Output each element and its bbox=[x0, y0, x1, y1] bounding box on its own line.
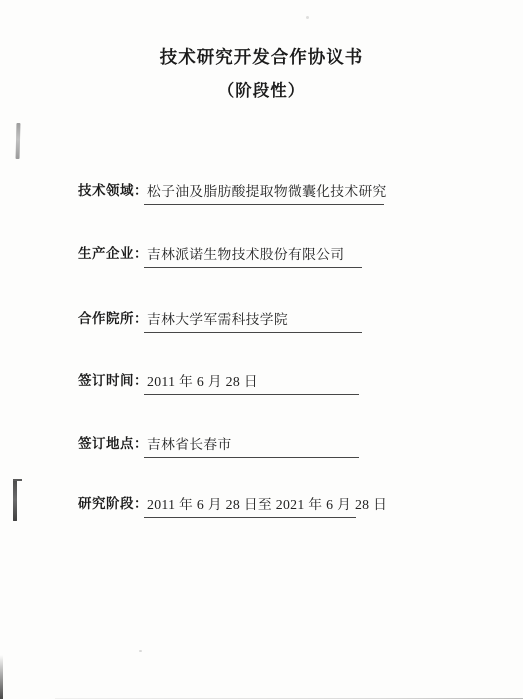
document-title: 技术研究开发合作协议书 bbox=[0, 44, 523, 69]
scanned-agreement-page: 技术研究开发合作协议书 （阶段性） 技术领域：松子油及脂肪酸提取物微囊化技术研究… bbox=[0, 0, 523, 699]
field-row-signing-date: 签订时间：2011 年 6 月 28 日 bbox=[78, 373, 258, 403]
field-underline bbox=[144, 457, 359, 458]
field-underline bbox=[144, 204, 384, 205]
field-value: 松子油及脂肪酸提取物微囊化技术研究 bbox=[144, 184, 387, 200]
field-row-technology-domain: 技术领域：松子油及脂肪酸提取物微囊化技术研究 bbox=[78, 183, 387, 213]
field-row-production-company: 生产企业：吉林派诺生物技术股份有限公司 bbox=[78, 246, 344, 276]
staple-mark-icon bbox=[13, 479, 17, 521]
field-label: 签订地点： bbox=[78, 436, 144, 452]
staple-mark-icon bbox=[16, 123, 21, 159]
field-value: 吉林省长春市 bbox=[144, 437, 232, 453]
scan-speck bbox=[139, 650, 142, 652]
field-label: 签订时间： bbox=[78, 373, 144, 389]
field-value: 吉林派诺生物技术股份有限公司 bbox=[144, 247, 344, 263]
field-underline bbox=[144, 332, 362, 333]
field-value-wrap: 松子油及脂肪酸提取物微囊化技术研究 bbox=[144, 183, 387, 201]
field-value-wrap: 2011 年 6 月 28 日至 2021 年 6 月 28 日 bbox=[144, 496, 387, 514]
field-label: 技术领域： bbox=[78, 183, 144, 199]
field-row-cooperating-institute: 合作院所：吉林大学军需科技学院 bbox=[78, 311, 288, 341]
field-row-signing-place: 签订地点：吉林省长春市 bbox=[78, 436, 232, 466]
field-label: 研究阶段： bbox=[78, 496, 144, 512]
scan-edge-shadow bbox=[0, 655, 3, 699]
field-row-research-phase: 研究阶段：2011 年 6 月 28 日至 2021 年 6 月 28 日 bbox=[78, 496, 387, 526]
field-underline bbox=[144, 267, 362, 268]
document-subtitle: （阶段性） bbox=[0, 77, 523, 101]
field-value: 2011 年 6 月 28 日 bbox=[144, 374, 258, 390]
field-label: 合作院所： bbox=[78, 311, 144, 327]
field-value-wrap: 2011 年 6 月 28 日 bbox=[144, 373, 258, 391]
field-value: 2011 年 6 月 28 日至 2021 年 6 月 28 日 bbox=[144, 497, 387, 513]
field-value-wrap: 吉林省长春市 bbox=[144, 436, 232, 454]
field-underline bbox=[144, 517, 356, 518]
field-value-wrap: 吉林派诺生物技术股份有限公司 bbox=[144, 246, 344, 264]
field-value: 吉林大学军需科技学院 bbox=[144, 312, 288, 328]
field-underline bbox=[144, 394, 359, 395]
field-value-wrap: 吉林大学军需科技学院 bbox=[144, 311, 288, 329]
scan-speck bbox=[306, 16, 309, 19]
field-label: 生产企业： bbox=[78, 246, 144, 262]
